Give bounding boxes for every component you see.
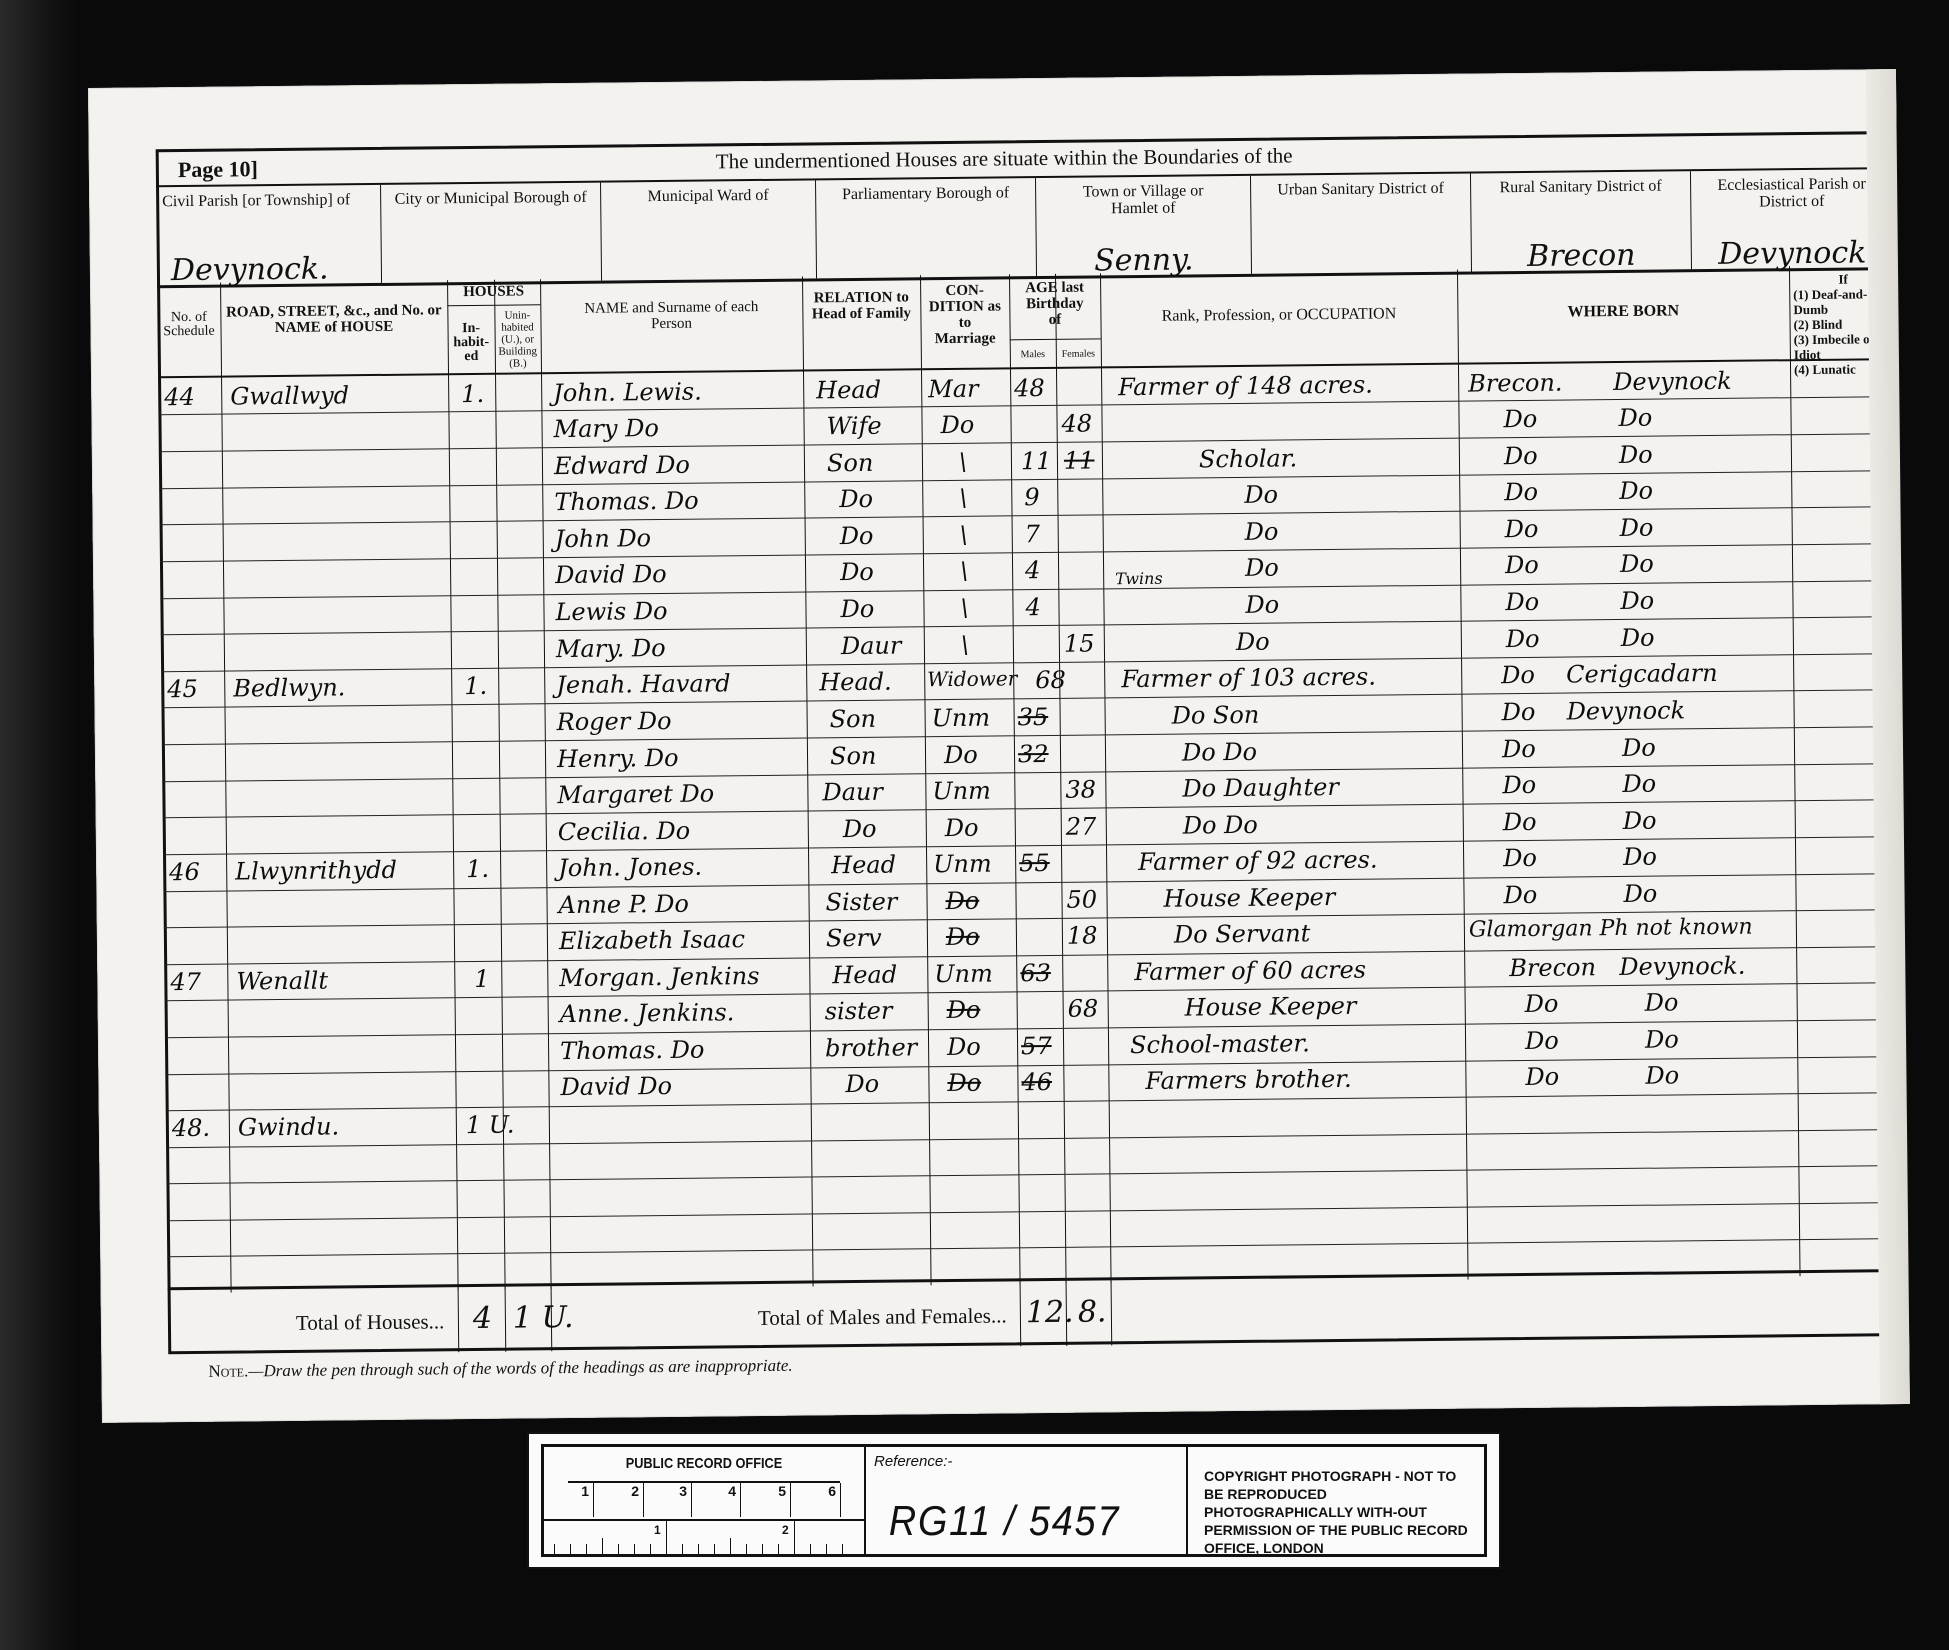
occupation: Farmers brother. [1145,1065,1352,1095]
col-males: Males [1010,340,1056,369]
col-uninhabited: Unin-habited (U.), or Building (B.) [494,307,541,374]
total-persons-label: Total of Males and Females... [758,1303,1007,1331]
occupation: House Keeper [1185,992,1357,1022]
civil-parish-value: Devynock. [157,260,381,279]
house-name: Gwallwyd [230,381,349,410]
born-parish: Devynock [1613,367,1732,396]
born-county: Do [1503,808,1537,836]
town-label: Town or Village or Hamlet of [1036,182,1250,218]
condition: Do [947,1069,981,1097]
condition: Do [940,411,974,439]
condition: \ [960,521,968,549]
twins-note: Twins [1115,569,1163,588]
col-relation: RELATION to Head of Family [802,275,921,371]
footnote: Note.—Draw the pen through such of the w… [208,1356,792,1382]
ward-label: Municipal Ward of [601,186,815,205]
born-county: Do [1505,551,1539,579]
person-name: Lewis Do [555,597,667,626]
rural-sanitary-label: Rural Sanitary District of [1471,177,1690,196]
born-parish: Do [1623,843,1657,871]
scale-ruler: PUBLIC RECORD OFFICE 1 2 3 4 5 6 [544,1447,866,1554]
relation: Head [831,851,896,880]
infirmity-3: (3) Imbecile or Idiot [1794,331,1894,362]
census-page: Page 10] The undermentioned Houses are s… [88,69,1910,1423]
person-name: Thomas. Do [554,487,699,517]
male-age: 55 [1019,849,1050,877]
person-name: Jenah. Havard [556,669,731,699]
house-name: Llwynrithydd [235,856,397,886]
parliamentary-label: Parliamentary Borough of [816,184,1035,203]
col-schedule: No. of Schedule [157,283,221,379]
female-age: 18 [1067,921,1098,949]
male-age: 57 [1021,1032,1052,1060]
person-name: Roger Do [557,707,672,736]
person-name: Margaret Do [557,779,714,809]
person-name: John. Lewis. [553,378,702,408]
relation: Head [816,376,881,405]
urban-sanitary-cell: Urban Sanitary District of [1251,174,1472,274]
relation: Sister [825,888,897,917]
born-parish: Devynock. [1619,952,1745,981]
female-age: 38 [1065,775,1096,803]
infirmity-4: (4) Lunatic [1794,361,1894,377]
condition: Unm [934,960,993,989]
uninhabited-count: 1 U. [466,1111,515,1140]
female-age: 27 [1066,812,1097,840]
occupation: Do Servant [1174,919,1311,948]
col-age: AGE last Birthday of [1009,273,1101,340]
born-county: Do [1502,771,1536,799]
condition: Do [947,996,981,1024]
infirmity-if: If [1793,271,1893,287]
urban-sanitary-label: Urban Sanitary District of [1251,180,1470,199]
condition: Do [945,887,979,915]
relation: Do [840,595,874,623]
person-name: John. Jones. [558,853,702,883]
inch-scale: 1 2 [544,1519,864,1556]
col-inhabited: In-habit-ed [447,308,495,375]
male-age: 46 [1021,1068,1052,1096]
male-age: 4 [1025,556,1041,584]
born-county: Do [1504,442,1538,470]
ecclesiastical-label: Ecclesiastical Parish or District of [1691,175,1892,211]
house-name: Wenallt [236,967,328,996]
condition: Mar [928,375,979,404]
inhabited-count: 1. [466,855,489,883]
occupation: Scholar. [1199,444,1298,473]
total-males: 12. [1026,1295,1074,1330]
person-name: David Do [560,1072,672,1101]
occupation: Do [1245,554,1279,582]
scanner-edge [0,0,78,1650]
condition: Unm [932,777,991,806]
ward-cell: Municipal Ward of [601,180,817,280]
occupation: Do [1245,591,1279,619]
infirmity-1: (1) Deaf-and-Dumb [1793,286,1893,317]
relation: sister [825,997,893,1026]
occupation: School-master. [1130,1029,1310,1059]
born-parish: Do [1619,477,1653,505]
parliamentary-cell: Parliamentary Borough of [816,178,1037,278]
relation: Daur [841,632,902,661]
male-age: 63 [1020,959,1051,987]
col-infirmity: If (1) Deaf-and-Dumb (2) Blind (3) Imbec… [1789,265,1894,361]
condition: Unm [931,704,990,733]
born-parish: Do [1622,734,1656,762]
borough-value [382,275,601,277]
relation: Son [830,705,877,733]
female-age: 68 [1068,994,1099,1022]
person-name: Edward Do [554,451,690,480]
schedule-number: 46 [169,858,200,886]
born-county: Do [1525,990,1559,1018]
male-age: 11 [1021,447,1052,475]
born-county: Brecon. [1468,369,1563,398]
female-age: 48 [1061,410,1092,438]
col-where-born: WHERE BORN [1457,266,1790,364]
born-parish: Do [1620,514,1654,542]
col-condition: CON-DITION as to Marriage [920,274,1010,370]
relation: Wife [826,412,881,441]
person-name: Anne. Jenkins. [560,998,735,1028]
town-value: Senny. [1037,251,1251,270]
schedule-number: 47 [170,968,201,996]
cm-mark: 1 [544,1483,594,1517]
occupation: Farmer of 148 acres. [1118,371,1373,402]
cm-mark: 4 [692,1483,741,1517]
note-prefix: Note. [208,1361,248,1380]
ecclesiastical-cell: Ecclesiastical Parish or District of Dev… [1691,169,1893,269]
born-parish: Do [1619,441,1653,469]
page-label: Page 10] [178,156,258,183]
schedule-number: 45 [167,675,198,703]
person-name: Henry. Do [557,744,679,773]
occupation: Do [1236,628,1270,656]
born-parish: Do [1623,880,1657,908]
born-county: Do [1506,625,1540,653]
occupation: Do Do [1183,811,1258,840]
relation: Son [827,449,874,477]
cm-mark: 3 [644,1483,692,1517]
female-age: 15 [1064,629,1095,657]
female-age: 50 [1066,885,1097,913]
inhabited-count: 1. [464,672,487,700]
ecclesiastical-value: Devynock [1692,244,1893,263]
condition: \ [959,448,967,476]
relation: brother [825,1033,917,1062]
born-county: Do [1503,844,1537,872]
col-occupation: Rank, Profession, or OCCUPATION [1100,270,1458,369]
born-parish: Do [1620,587,1654,615]
person-name: Anne P. Do [558,890,689,919]
born-parish: Do [1618,404,1652,432]
condition: Unm [933,850,992,879]
person-name: Elizabeth Isaac [559,925,745,955]
civil-parish-label: Civil Parish [or Township] of [162,191,380,210]
col-females: Females [1056,339,1101,368]
total-uninhabited: 1 U. [513,1300,574,1336]
relation: Head [832,961,897,990]
record-office-box: PUBLIC RECORD OFFICE 1 2 3 4 5 6 [541,1444,1487,1557]
relation: Do [843,815,877,843]
schedule-number: 44 [164,383,195,411]
col-houses: HOUSES [447,279,540,306]
civil-parish-cell: Civil Parish [or Township] of Devynock. [156,185,382,285]
person-name: David Do [555,560,667,589]
relation: Do [845,1070,879,1098]
male-age: 68 [1035,666,1066,694]
house-name: Gwindu. [238,1112,340,1141]
total-females: 8. [1078,1294,1107,1329]
reference-box: Reference:- RG11 / 5457 [866,1447,1188,1554]
cm-mark: 5 [741,1483,791,1517]
female-age: 11 [1064,446,1095,474]
relation: Do [840,522,874,550]
male-age: 7 [1025,520,1041,548]
occupation: Do [1245,518,1279,546]
reference-label: Reference:- [874,1453,952,1470]
born-county: Do [1525,1063,1559,1091]
urban-sanitary-value [1252,266,1471,268]
cm-mark: 6 [791,1483,841,1517]
inch-mark: 1 [654,1523,661,1537]
inhabited-count: 1. [461,380,484,408]
census-form: Page 10] The undermentioned Houses are s… [156,131,1911,1354]
born-county: Do [1503,405,1537,433]
cm-mark: 2 [594,1483,644,1517]
census-table: No. of Schedule ROAD, STREET, &c., and N… [157,265,1903,1293]
inch-mark: 2 [782,1523,789,1537]
col-road: ROAD, STREET, &c., and No. or NAME of HO… [220,280,448,377]
occupation: Do [1244,481,1278,509]
condition: \ [960,557,968,585]
person-name: Mary Do [553,414,659,443]
male-age: 48 [1014,374,1045,402]
condition: \ [961,631,969,659]
relation: Daur [822,778,883,807]
born-parish: Do [1620,550,1654,578]
occupation: House Keeper [1163,883,1335,913]
schedule-number: 48. [172,1114,210,1142]
born-county: Do [1525,1027,1559,1055]
person-name: Cecilia. Do [558,817,691,846]
occupation: Farmer of 60 acres [1134,956,1366,986]
condition: Widower [927,666,1017,691]
record-office-title: PUBLIC RECORD OFFICE [568,1447,840,1483]
town-cell: Town or Village or Hamlet of Senny. [1036,176,1252,276]
born-parish: Devynock [1566,696,1685,725]
born-parish: Do [1645,988,1679,1016]
copyright-notice: COPYRIGHT PHOTOGRAPH - NOT TO BE REPRODU… [1204,1467,1474,1557]
male-age: 9 [1024,483,1040,511]
condition: Do [944,741,978,769]
born-parish: Do [1645,1025,1679,1053]
relation: Son [830,742,877,770]
note-text: —Draw the pen through such of the words … [248,1356,792,1381]
col-name: NAME and Surname of each Person [540,277,803,375]
born-county: Brecon [1509,953,1596,982]
occupation: Farmer of 92 acres. [1138,846,1378,877]
relation: Do [839,485,873,513]
total-inhabited: 4 [473,1301,492,1336]
record-office-label: PUBLIC RECORD OFFICE 1 2 3 4 5 6 [527,1432,1501,1569]
condition: Do [947,1033,981,1061]
occupation: Do Do [1182,738,1257,767]
infirmity-2: (2) Blind [1793,316,1893,332]
person-name: Morgan. Jenkins [559,962,759,992]
born-county: Glamorgan Ph not known [1469,915,1753,943]
male-age: 35 [1017,703,1048,731]
occupation: Do Son [1171,701,1259,730]
born-parish: Do [1622,770,1656,798]
condition: \ [960,594,968,622]
born-county: Do [1504,478,1538,506]
born-county: Do [1501,698,1535,726]
male-age: 4 [1025,593,1041,621]
condition: Do [945,814,979,842]
relation: Serv [826,924,882,953]
born-county: Do [1503,881,1537,909]
born-county: Do [1501,661,1535,689]
condition: \ [959,484,967,512]
parliamentary-value [817,270,1036,272]
relation: Do [840,558,874,586]
total-houses-label: Total of Houses... [296,1309,445,1336]
male-age: 32 [1018,740,1049,768]
person-name: John Do [555,524,652,553]
born-parish: Do [1645,1061,1679,1089]
ward-value [602,272,816,274]
born-county: Do [1502,735,1536,763]
reference-number: RG11 / 5457 [889,1497,1120,1545]
inhabited-count: 1 [474,965,490,993]
born-parish: Cerigcadarn [1566,659,1718,689]
rural-sanitary-cell: Rural Sanitary District of Brecon [1471,171,1692,271]
born-county: Do [1505,515,1539,543]
relation: Head. [819,668,892,697]
born-parish: Do [1621,624,1655,652]
borough-label: City or Municipal Borough of [381,189,600,208]
condition: Do [946,923,980,951]
rural-sanitary-value: Brecon [1472,246,1691,265]
person-name: Mary. Do [556,634,666,663]
born-county: Do [1505,588,1539,616]
occupation: Do Daughter [1182,773,1339,803]
house-name: Bedlwyn. [233,673,345,702]
born-parish: Do [1623,807,1657,835]
borough-cell: City or Municipal Borough of [381,183,602,283]
occupation: Farmer of 103 acres. [1121,663,1376,694]
person-name: Thomas. Do [560,1036,705,1066]
